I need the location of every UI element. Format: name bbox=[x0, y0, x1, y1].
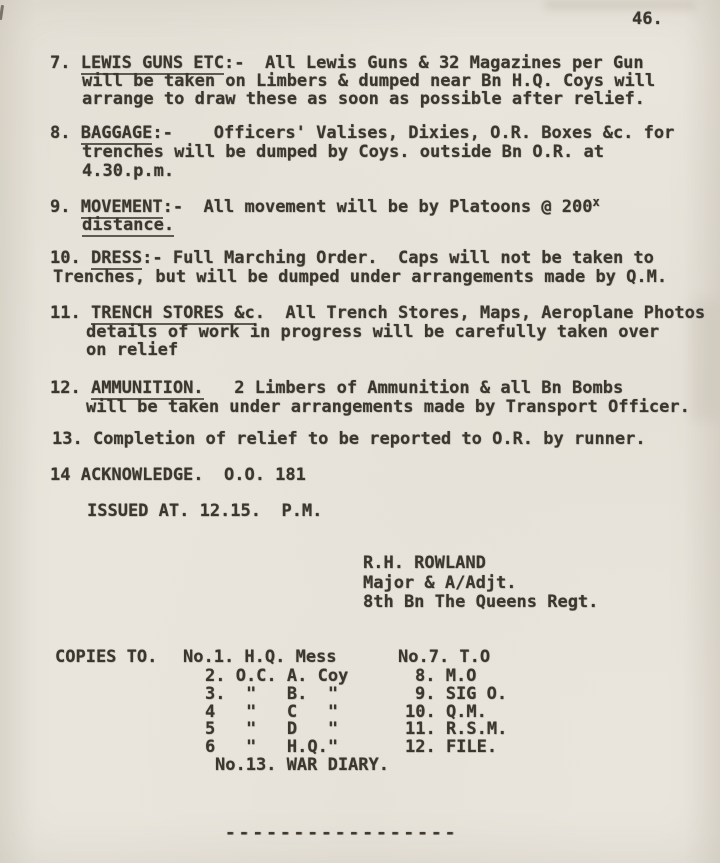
text-segment: 2 Limbers of Ammunition & all Bn Bombs bbox=[204, 378, 624, 398]
text-segment: 7. bbox=[50, 53, 81, 73]
end-dashed-line: ----------------- bbox=[225, 824, 459, 843]
text-segment: 3. " B. " bbox=[205, 684, 338, 704]
text-segment: will be taken under arrangements made by… bbox=[86, 397, 690, 417]
text-segment: 10. bbox=[50, 248, 91, 268]
issued-at-line: ISSUED AT. 12.15. P.M. bbox=[87, 502, 322, 521]
item-14-line-1: 14 ACKNOWLEDGE. O.O. 181 bbox=[50, 466, 306, 485]
item-12-line-1: 12. AMMUNITION. 2 Limbers of Ammunition … bbox=[50, 379, 623, 398]
text-segment: 11. bbox=[50, 303, 91, 323]
text-segment: 12. bbox=[50, 378, 91, 398]
copies-row-7: No.13. WAR DIARY. bbox=[215, 756, 389, 775]
text-segment: Major & A/Adjt. bbox=[363, 573, 517, 593]
text-segment: 8. M.O bbox=[415, 666, 476, 686]
text-segment: 5 " D " bbox=[205, 719, 338, 739]
item-12-line-2: will be taken under arrangements made by… bbox=[86, 398, 690, 417]
underlined-text: distance. bbox=[82, 215, 174, 237]
item-10-line-2: Trenches, but will be dumped under arran… bbox=[53, 268, 667, 287]
item-13-line-1: 13. Completion of relief to be reported … bbox=[52, 430, 646, 449]
signature-name: R.H. ROWLAND bbox=[363, 554, 486, 573]
text-segment: 13. Completion of relief to be reported … bbox=[52, 429, 646, 449]
document-page: 46. 7. LEWIS GUNS ETC:- All Lewis Guns &… bbox=[0, 0, 720, 863]
text-segment: . All Trench Stores, Maps, Aeroplane Pho… bbox=[255, 303, 705, 323]
superscript-text: x bbox=[592, 195, 599, 209]
text-segment: 14 ACKNOWLEDGE. O.O. 181 bbox=[50, 465, 306, 485]
item-9-line-2: distance. bbox=[82, 216, 174, 235]
page-number: 46. bbox=[632, 10, 663, 29]
text-segment: :- Officers' Valises, Dixies, O.R. Boxes… bbox=[152, 123, 674, 143]
text-segment: 8. bbox=[50, 123, 81, 143]
text-segment: R.H. ROWLAND bbox=[363, 553, 486, 573]
text-segment: 4.30.p.m. bbox=[82, 161, 174, 181]
item-8-line-1: 8. BAGGAGE:- Officers' Valises, Dixies, … bbox=[50, 124, 674, 143]
text-segment: Trenches, but will be dumped under arran… bbox=[53, 267, 667, 287]
text-segment: 2. O.C. A. Coy bbox=[205, 666, 348, 686]
item-7-line-3: arrange to draw these as soon as possibl… bbox=[82, 90, 645, 109]
item-8-line-3: 4.30.p.m. bbox=[82, 162, 174, 181]
text-segment: COPIES TO. bbox=[55, 647, 157, 667]
text-segment: No.1. H.Q. Mess bbox=[183, 647, 337, 667]
text-segment: arrange to draw these as soon as possibl… bbox=[82, 89, 645, 109]
text-segment: trenches will be dumped by Coys. outside… bbox=[82, 142, 604, 162]
text-segment: 6 " H.Q." bbox=[205, 737, 338, 757]
item-10-line-1: 10. DRESS:- Full Marching Order. Caps wi… bbox=[50, 249, 654, 268]
signature-unit: 8th Bn The Queens Regt. bbox=[363, 593, 598, 612]
text-segment: :- All Lewis Guns & 32 Magazines per Gun bbox=[224, 53, 644, 73]
text-segment: 11. R.S.M. bbox=[405, 719, 507, 739]
copies-to-label: COPIES TO. bbox=[55, 648, 157, 667]
item-11-line-3: on relief bbox=[86, 341, 178, 360]
text-segment: 9. SIG O. bbox=[415, 684, 507, 704]
copies-row-6-right: 12. FILE. bbox=[405, 738, 497, 757]
text-segment: No.13. WAR DIARY. bbox=[215, 755, 389, 775]
corner-ink-mark bbox=[0, 5, 4, 20]
text-segment: details of work in progress will be care… bbox=[86, 322, 659, 342]
text-segment: on relief bbox=[86, 340, 178, 360]
text-segment: 9. bbox=[50, 197, 81, 217]
text-segment: :- Full Marching Order. Caps will not be… bbox=[142, 248, 654, 268]
text-segment: No.7. T.O bbox=[398, 647, 490, 667]
copies-row-1-left: No.1. H.Q. Mess bbox=[183, 648, 337, 667]
text-segment: 8th Bn The Queens Regt. bbox=[363, 592, 598, 612]
paper-smudge bbox=[545, 0, 695, 10]
item-8-line-2: trenches will be dumped by Coys. outside… bbox=[82, 143, 604, 162]
text-segment: :- All movement will be by Platoons @ 20… bbox=[163, 197, 593, 217]
text-segment: ISSUED AT. 12.15. P.M. bbox=[87, 501, 322, 521]
copies-row-1-right: No.7. T.O bbox=[398, 648, 490, 667]
text-segment: 12. FILE. bbox=[405, 737, 497, 757]
signature-rank: Major & A/Adjt. bbox=[363, 574, 517, 593]
text-segment: will be taken on Limbers & dumped near B… bbox=[82, 71, 655, 91]
text-segment: ----------------- bbox=[225, 823, 459, 843]
item-11-line-1: 11. TRENCH STORES &c. All Trench Stores,… bbox=[50, 304, 705, 323]
